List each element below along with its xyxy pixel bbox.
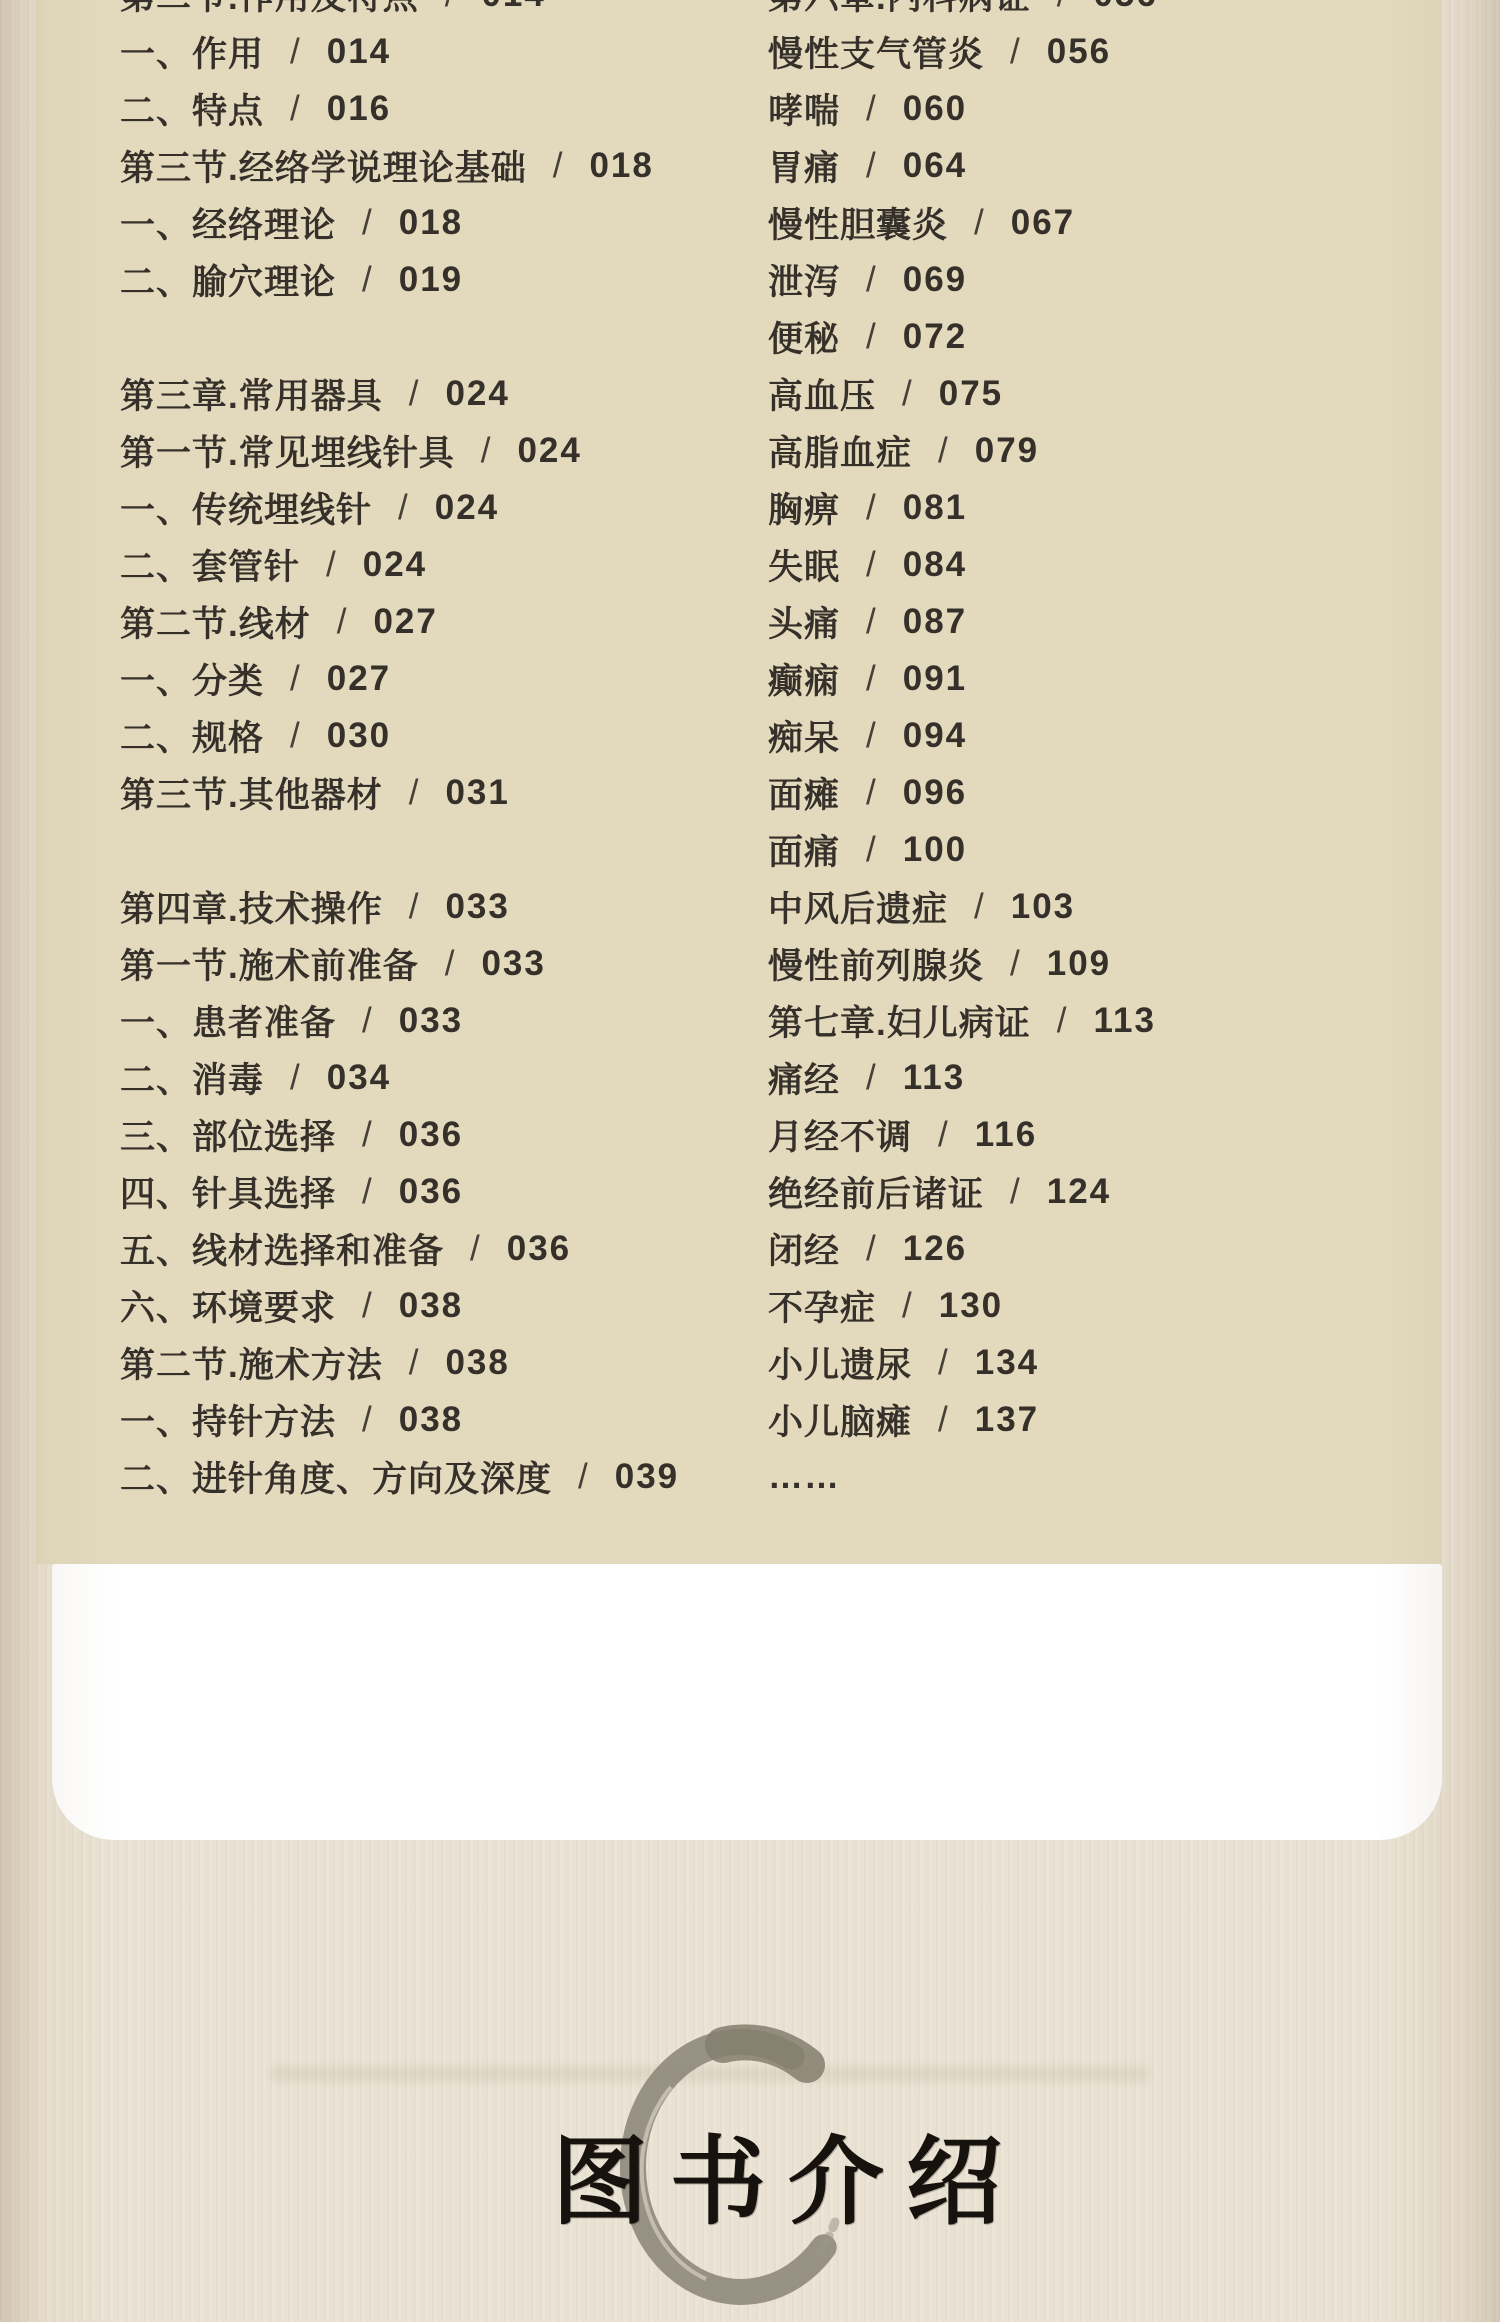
toc-row: 第二节.作用及特点/014 xyxy=(120,0,679,23)
toc-row: 一、分类/027 xyxy=(120,650,679,707)
toc-separator: / xyxy=(902,1286,913,1326)
toc-entry-label: 四、针具选择 xyxy=(120,1167,336,1217)
toc-entry-label: 高血压 xyxy=(768,369,876,419)
toc-entry-label: 失眠 xyxy=(768,540,840,590)
toc-row: 小儿脑瘫/137 xyxy=(768,1391,1158,1448)
toc-entry-label: 慢性胆囊炎 xyxy=(768,198,948,248)
toc-entry-label: 胸痹 xyxy=(768,483,840,533)
toc-separator: / xyxy=(362,1001,373,1041)
toc-row: 第四章.技术操作/033 xyxy=(120,878,679,935)
toc-row: 高脂血症/079 xyxy=(768,422,1158,479)
toc-entry-label: 第四章.技术操作 xyxy=(120,882,383,932)
toc-page-number: 113 xyxy=(903,1058,965,1098)
toc-page-number: 087 xyxy=(903,602,967,642)
toc-separator: / xyxy=(866,716,877,756)
toc-page-number: 024 xyxy=(363,545,427,585)
toc-entry-label: 面瘫 xyxy=(768,768,840,818)
toc-separator: / xyxy=(1057,1001,1068,1041)
toc-entry-label: 二、腧穴理论 xyxy=(120,255,336,305)
toc-row: 头痛/087 xyxy=(768,593,1158,650)
toc-page-number: 100 xyxy=(903,830,967,870)
toc-page-number: 018 xyxy=(399,203,463,243)
toc-row: 月经不调/116 xyxy=(768,1106,1158,1163)
toc-separator: / xyxy=(866,773,877,813)
toc-row: 一、作用/014 xyxy=(120,23,679,80)
toc-page-number: 064 xyxy=(903,146,967,186)
toc-page-number: 036 xyxy=(399,1115,463,1155)
toc-entry-label: 二、规格 xyxy=(120,711,264,761)
toc-separator: / xyxy=(1010,32,1021,72)
toc-separator: / xyxy=(362,1286,373,1326)
toc-entry-label: 二、套管针 xyxy=(120,540,300,590)
toc-page-number: 034 xyxy=(327,1058,391,1098)
toc-page-number: 130 xyxy=(939,1286,1003,1326)
toc-page-number: 103 xyxy=(1011,887,1075,927)
toc-separator: / xyxy=(553,146,564,186)
toc-separator: / xyxy=(362,1115,373,1155)
toc-entry-label: 痴呆 xyxy=(768,711,840,761)
toc-entry-label: 一、作用 xyxy=(120,27,264,77)
toc-entry-label: 第二节.作用及特点 xyxy=(120,0,419,20)
toc-row: 二、规格/030 xyxy=(120,707,679,764)
toc-page-number: 069 xyxy=(903,260,967,300)
toc-row: 一、患者准备/033 xyxy=(120,992,679,1049)
toc-row: 二、套管针/024 xyxy=(120,536,679,593)
toc-entry-label: 胃痛 xyxy=(768,141,840,191)
toc-entry-label: 第六章.内科病证 xyxy=(768,0,1031,20)
toc-separator: / xyxy=(362,203,373,243)
toc-column-right: 第六章.内科病证/056慢性支气管炎/056哮喘/060胃痛/064慢性胆囊炎/… xyxy=(768,0,1158,1505)
toc-row: 慢性支气管炎/056 xyxy=(768,23,1158,80)
toc-entry-label: 头痛 xyxy=(768,597,840,647)
toc-separator: / xyxy=(445,944,456,984)
toc-page-number: 134 xyxy=(975,1343,1039,1383)
toc-row: 第三节.其他器材/031 xyxy=(120,764,679,821)
toc-page-number: 137 xyxy=(975,1400,1039,1440)
toc-entry-label: 绝经前后诸证 xyxy=(768,1167,984,1217)
toc-entry-label: 慢性前列腺炎 xyxy=(768,939,984,989)
toc-row: 绝经前后诸证/124 xyxy=(768,1163,1158,1220)
toc-row: 第三节.经络学说理论基础/018 xyxy=(120,137,679,194)
toc-row: 三、部位选择/036 xyxy=(120,1106,679,1163)
toc-entry-label: 二、消毒 xyxy=(120,1053,264,1103)
toc-entry-label: 哮喘 xyxy=(768,84,840,134)
toc-entry-label: 五、线材选择和准备 xyxy=(120,1224,444,1274)
toc-page-number: 027 xyxy=(327,659,391,699)
toc-separator: / xyxy=(481,431,492,471)
toc-separator: / xyxy=(578,1457,589,1497)
toc-row: 第一节.常见埋线针具/024 xyxy=(120,422,679,479)
toc-separator: / xyxy=(866,659,877,699)
toc-page-number: 079 xyxy=(975,431,1039,471)
toc-entry-label: 第二节.施术方法 xyxy=(120,1338,383,1388)
toc-separator: / xyxy=(290,89,301,129)
toc-entry-label: 第二节.线材 xyxy=(120,597,311,647)
toc-row: 第六章.内科病证/056 xyxy=(768,0,1158,23)
toc-entry-label: 六、环境要求 xyxy=(120,1281,336,1331)
toc-separator: / xyxy=(866,317,877,357)
toc-page-number: 038 xyxy=(399,1286,463,1326)
toc-page-number: 116 xyxy=(975,1115,1037,1155)
toc-page-number: 126 xyxy=(903,1229,967,1269)
toc-entry-label: 便秘 xyxy=(768,312,840,362)
toc-row: 第二节.施术方法/038 xyxy=(120,1334,679,1391)
toc-page-number: 014 xyxy=(481,0,545,15)
toc-page-number: 067 xyxy=(1011,203,1075,243)
toc-page-number: 039 xyxy=(615,1457,679,1497)
toc-separator: / xyxy=(362,1400,373,1440)
toc-entry-label: 小儿脑瘫 xyxy=(768,1395,912,1445)
toc-row: 失眠/084 xyxy=(768,536,1158,593)
toc-separator: / xyxy=(470,1229,481,1269)
toc-row: 一、传统埋线针/024 xyxy=(120,479,679,536)
toc-page-number: 018 xyxy=(589,146,653,186)
toc-entry-label: 泄泻 xyxy=(768,255,840,305)
toc-page-number: 094 xyxy=(903,716,967,756)
toc-page-number: 016 xyxy=(327,89,391,129)
toc-page-number: 027 xyxy=(373,602,437,642)
toc-separator: / xyxy=(409,374,420,414)
toc-separator: / xyxy=(902,374,913,414)
toc-row: 哮喘/060 xyxy=(768,80,1158,137)
toc-page-number: 024 xyxy=(435,488,499,528)
toc-separator: / xyxy=(1010,944,1021,984)
toc-entry-label: 一、分类 xyxy=(120,654,264,704)
toc-separator: / xyxy=(326,545,337,585)
toc-entry-label: 二、特点 xyxy=(120,84,264,134)
toc-row: 闭经/126 xyxy=(768,1220,1158,1277)
toc-page-number: 024 xyxy=(445,374,509,414)
toc-page-number: 038 xyxy=(399,1400,463,1440)
toc-row: 二、消毒/034 xyxy=(120,1049,679,1106)
toc-entry-label: 面痛 xyxy=(768,825,840,875)
toc-row: 慢性胆囊炎/067 xyxy=(768,194,1158,251)
toc-row: 泄泻/069 xyxy=(768,251,1158,308)
toc-row: 六、环境要求/038 xyxy=(120,1277,679,1334)
toc-separator: / xyxy=(866,89,877,129)
content-card xyxy=(52,1564,1442,1840)
toc-page-number: 033 xyxy=(399,1001,463,1041)
toc-row: 第一节.施术前准备/033 xyxy=(120,935,679,992)
toc-separator: / xyxy=(409,887,420,927)
toc-page-number: 030 xyxy=(327,716,391,756)
toc-panel: 第二节.作用及特点/014一、作用/014二、特点/016第三节.经络学说理论基… xyxy=(36,0,1442,1564)
toc-separator: / xyxy=(938,1343,949,1383)
toc-separator: / xyxy=(337,602,348,642)
toc-row: 面瘫/096 xyxy=(768,764,1158,821)
toc-separator: / xyxy=(290,32,301,72)
toc-entry-label: 中风后遗症 xyxy=(768,882,948,932)
toc-page-number: 033 xyxy=(481,944,545,984)
toc-entry-label: 一、传统埋线针 xyxy=(120,483,372,533)
toc-row: 四、针具选择/036 xyxy=(120,1163,679,1220)
toc-separator: / xyxy=(1057,0,1068,15)
toc-separator: / xyxy=(866,146,877,186)
toc-separator: / xyxy=(938,1400,949,1440)
toc-entry-label: 一、患者准备 xyxy=(120,996,336,1046)
toc-page-number: 038 xyxy=(445,1343,509,1383)
toc-entry-label: 一、持针方法 xyxy=(120,1395,336,1445)
toc-row: 癫痫/091 xyxy=(768,650,1158,707)
toc-column-left: 第二节.作用及特点/014一、作用/014二、特点/016第三节.经络学说理论基… xyxy=(120,0,679,1505)
toc-row: 慢性前列腺炎/109 xyxy=(768,935,1158,992)
toc-entry-label: 第三节.其他器材 xyxy=(120,768,383,818)
toc-separator: / xyxy=(866,602,877,642)
toc-entry-label: 第七章.妇儿病证 xyxy=(768,996,1031,1046)
toc-row: 不孕症/130 xyxy=(768,1277,1158,1334)
toc-entry-label: 第一节.施术前准备 xyxy=(120,939,419,989)
toc-separator: / xyxy=(974,203,985,243)
toc-page-number: 019 xyxy=(399,260,463,300)
toc-row: …… xyxy=(768,1448,1158,1505)
toc-separator: / xyxy=(362,1172,373,1212)
toc-page-number: 075 xyxy=(939,374,1003,414)
toc-page-number: 031 xyxy=(445,773,509,813)
toc-row: 高血压/075 xyxy=(768,365,1158,422)
toc-page-number: 036 xyxy=(507,1229,571,1269)
toc-separator: / xyxy=(409,1343,420,1383)
toc-separator: / xyxy=(866,260,877,300)
toc-row: 中风后遗症/103 xyxy=(768,878,1158,935)
toc-separator: / xyxy=(866,1058,877,1098)
toc-page-number: 096 xyxy=(903,773,967,813)
toc-page-number: 036 xyxy=(399,1172,463,1212)
page-root: { "colors": { "background": "#ebe4d5", "… xyxy=(0,0,1500,2322)
toc-entry-label: …… xyxy=(768,1457,840,1497)
toc-entry-label: 慢性支气管炎 xyxy=(768,27,984,77)
toc-page-number: 109 xyxy=(1047,944,1111,984)
toc-row: 二、特点/016 xyxy=(120,80,679,137)
toc-page-number: 091 xyxy=(903,659,967,699)
toc-separator: / xyxy=(974,887,985,927)
toc-entry-label: 不孕症 xyxy=(768,1281,876,1331)
toc-separator: / xyxy=(445,0,456,15)
toc-row: 二、进针角度、方向及深度/039 xyxy=(120,1448,679,1505)
toc-row: 一、经络理论/018 xyxy=(120,194,679,251)
toc-page-number: 084 xyxy=(903,545,967,585)
toc-row: 五、线材选择和准备/036 xyxy=(120,1220,679,1277)
toc-entry-label: 高脂血症 xyxy=(768,426,912,476)
toc-entry-label: 痛经 xyxy=(768,1053,840,1103)
toc-separator: / xyxy=(1010,1172,1021,1212)
toc-separator: / xyxy=(409,773,420,813)
toc-separator: / xyxy=(866,488,877,528)
toc-page-number: 060 xyxy=(903,89,967,129)
toc-page-number: 014 xyxy=(327,32,391,72)
toc-row: 痴呆/094 xyxy=(768,707,1158,764)
toc-row: 胸痹/081 xyxy=(768,479,1158,536)
toc-row: 一、持针方法/038 xyxy=(120,1391,679,1448)
toc-entry-label: 小儿遗尿 xyxy=(768,1338,912,1388)
toc-page-number: 024 xyxy=(517,431,581,471)
toc-entry-label: 第三节.经络学说理论基础 xyxy=(120,141,527,191)
toc-entry-label: 三、部位选择 xyxy=(120,1110,336,1160)
toc-page-number: 113 xyxy=(1093,1001,1155,1041)
toc-separator: / xyxy=(362,260,373,300)
toc-row: 二、腧穴理论/019 xyxy=(120,251,679,308)
toc-page-number: 033 xyxy=(445,887,509,927)
toc-separator: / xyxy=(290,1058,301,1098)
toc-row: 第二节.线材/027 xyxy=(120,593,679,650)
toc-row: 小儿遗尿/134 xyxy=(768,1334,1158,1391)
toc-separator: / xyxy=(866,545,877,585)
toc-row: 痛经/113 xyxy=(768,1049,1158,1106)
toc-separator: / xyxy=(866,830,877,870)
toc-page-number: 056 xyxy=(1093,0,1157,15)
toc-entry-label: 癫痫 xyxy=(768,654,840,704)
toc-entry-label: 第一节.常见埋线针具 xyxy=(120,426,455,476)
toc-page-number: 081 xyxy=(903,488,967,528)
toc-entry-label: 一、经络理论 xyxy=(120,198,336,248)
toc-separator: / xyxy=(938,431,949,471)
toc-entry-label: 月经不调 xyxy=(768,1110,912,1160)
toc-separator: / xyxy=(290,659,301,699)
toc-entry-label: 闭经 xyxy=(768,1224,840,1274)
toc-row: 面痛/100 xyxy=(768,821,1158,878)
toc-row: 便秘/072 xyxy=(768,308,1158,365)
toc-row: 第三章.常用器具/024 xyxy=(120,365,679,422)
toc-row: 胃痛/064 xyxy=(768,137,1158,194)
section-title-calligraphy: 图书介绍 xyxy=(552,2106,1024,2243)
toc-separator: / xyxy=(938,1115,949,1155)
toc-page-number: 124 xyxy=(1047,1172,1111,1212)
toc-page-number: 056 xyxy=(1047,32,1111,72)
toc-row: 第七章.妇儿病证/113 xyxy=(768,992,1158,1049)
toc-separator: / xyxy=(290,716,301,756)
toc-entry-label: 第三章.常用器具 xyxy=(120,369,383,419)
toc-entry-label: 二、进针角度、方向及深度 xyxy=(120,1452,552,1502)
toc-separator: / xyxy=(398,488,409,528)
toc-separator: / xyxy=(866,1229,877,1269)
toc-page-number: 072 xyxy=(903,317,967,357)
